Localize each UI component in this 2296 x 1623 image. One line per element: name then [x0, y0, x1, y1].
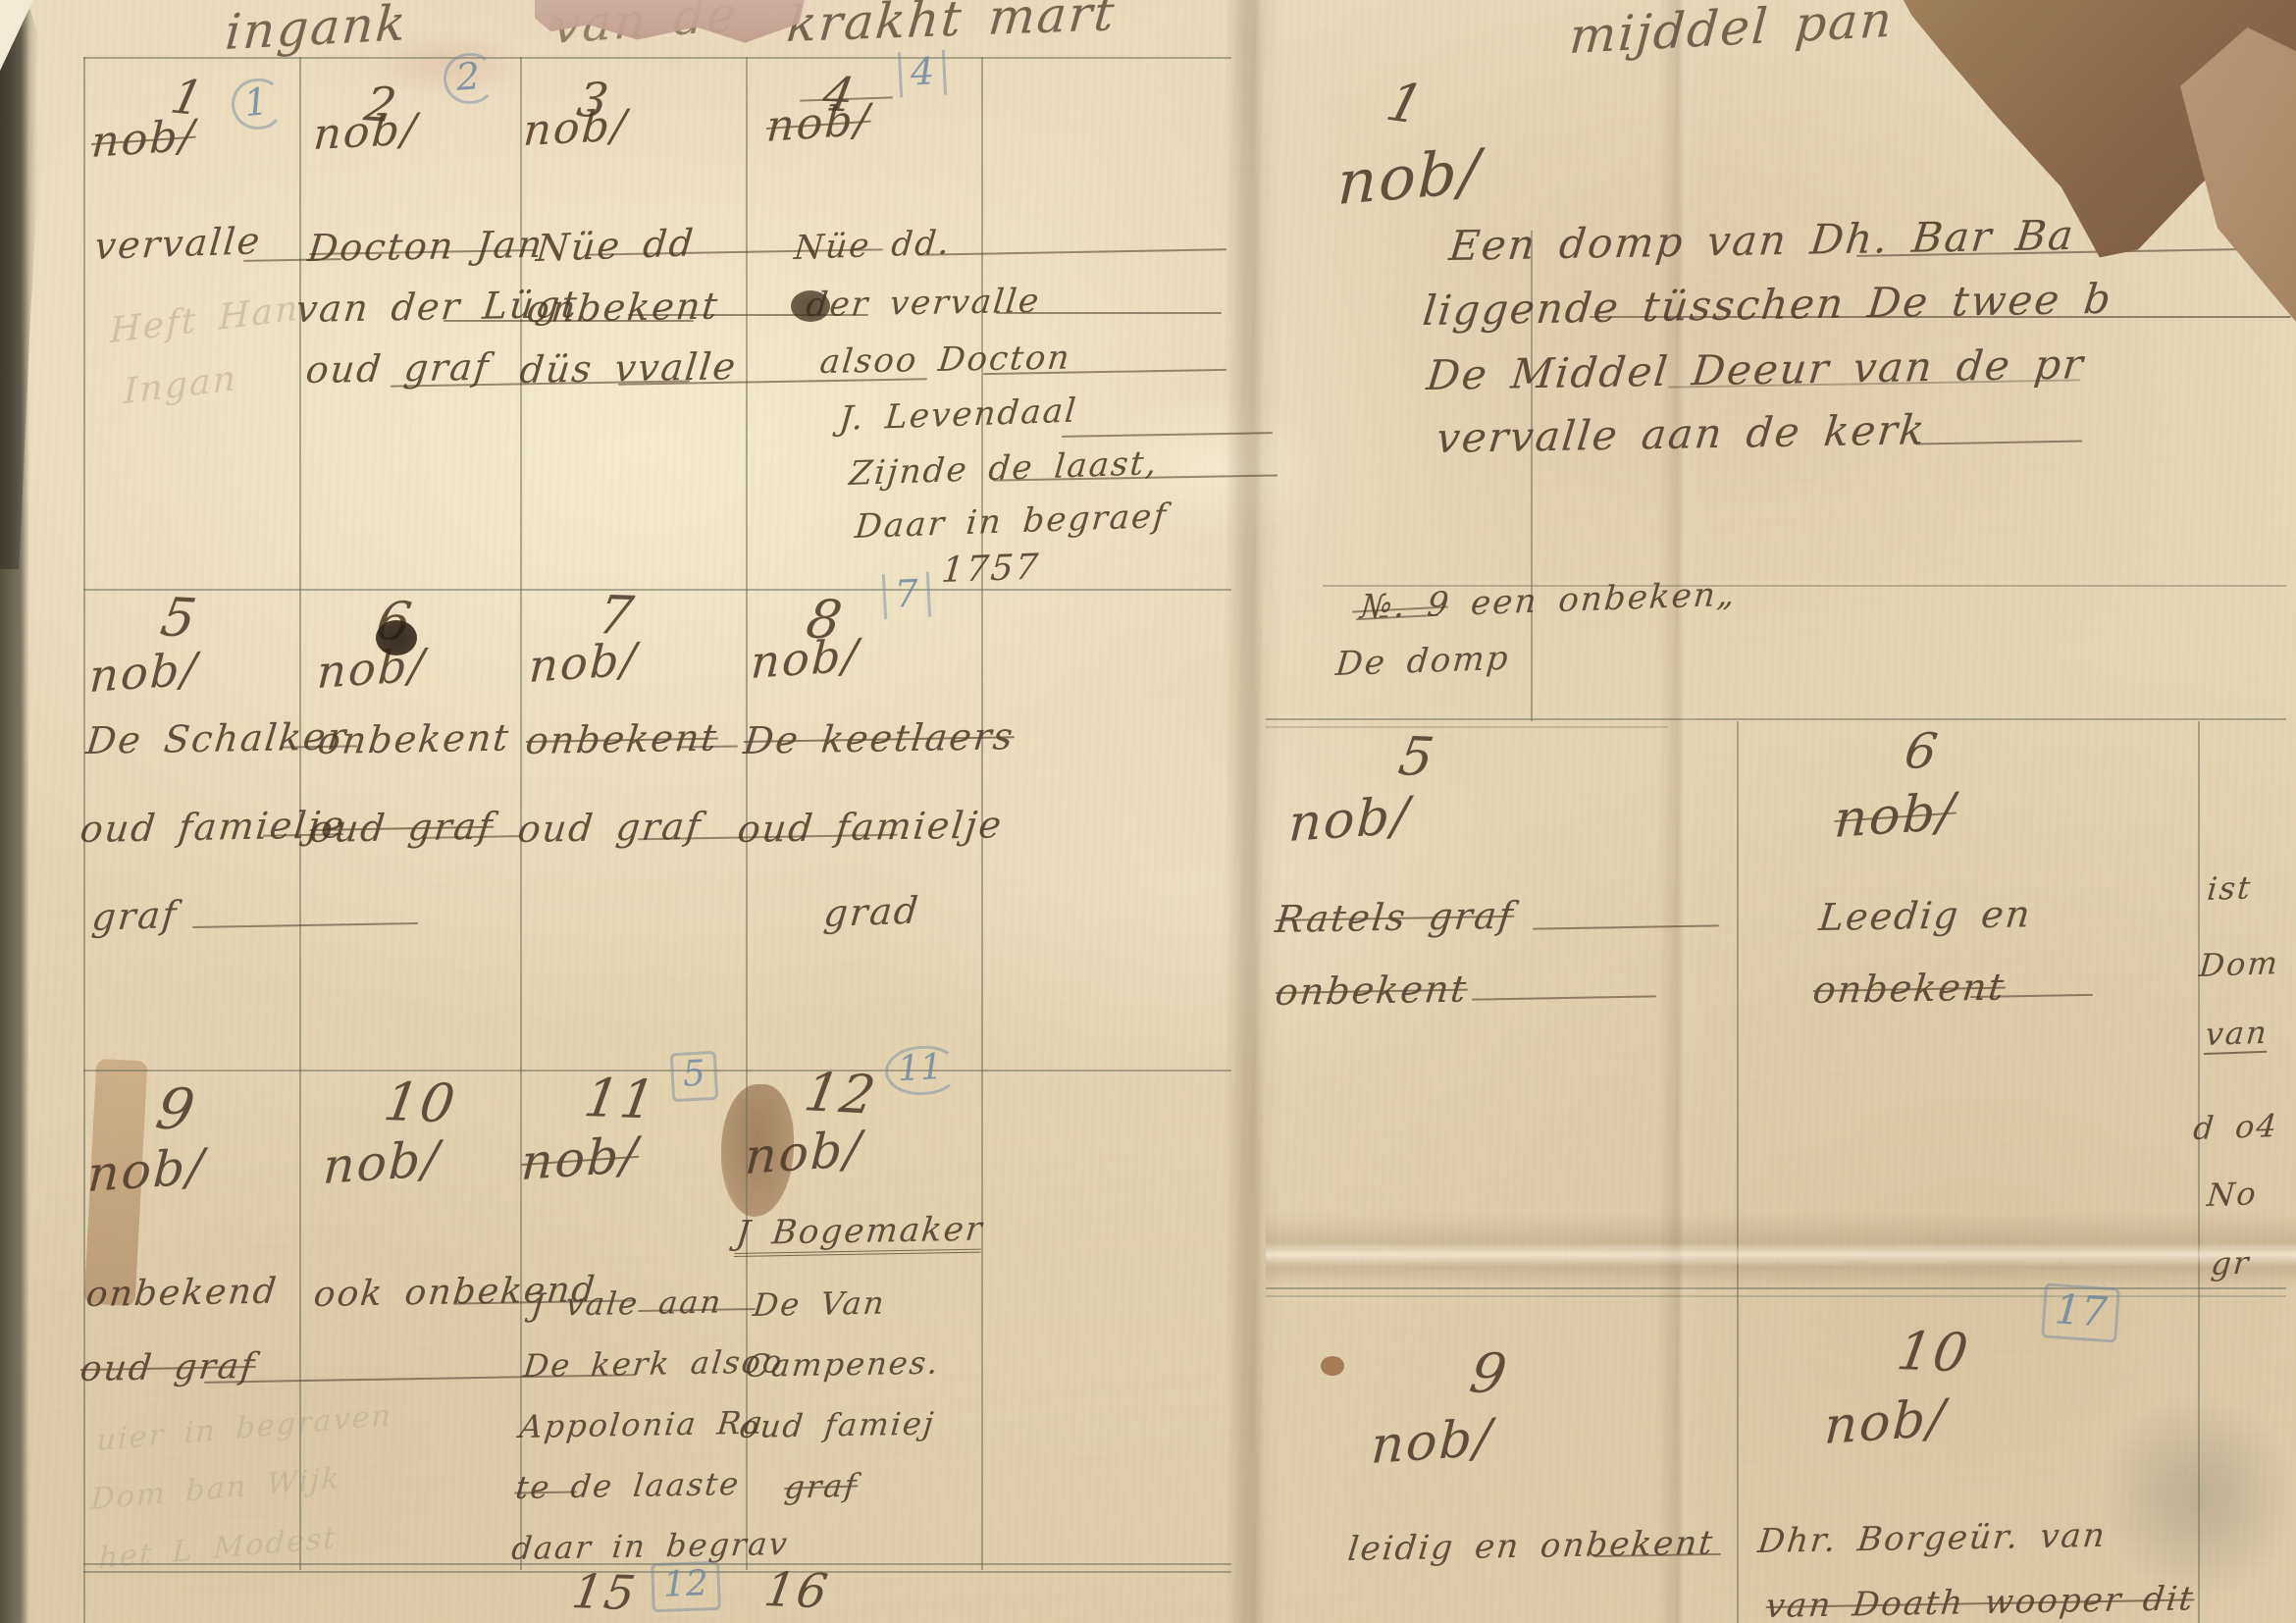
cell-text-line: Campenes. — [744, 1347, 941, 1382]
cell-text-line: onbekent — [1274, 970, 1470, 1011]
cell-nob: nob/ — [86, 1142, 207, 1199]
cell-number: 16 — [761, 1566, 832, 1615]
header-word: ingank — [224, 0, 409, 57]
cell-text-line: te de laaste — [514, 1468, 742, 1503]
cell-text-line: vervalle — [93, 222, 263, 265]
cell-text-line: leidig en onbekent — [1346, 1527, 1716, 1566]
grid-line — [1266, 726, 1668, 728]
cell-nob: nob/ — [322, 1134, 443, 1191]
ink-stroke — [996, 312, 1222, 314]
cell-number: 12 — [801, 1066, 881, 1123]
cell-text-line: Zijnde de laast, — [848, 446, 1160, 491]
cell-text-line: De Van — [752, 1287, 887, 1321]
cell-nob: nob/ — [88, 646, 199, 699]
cell-text-line: liggende tüsschen De twee b — [1421, 279, 2114, 332]
cell-text-line: der vervalle — [805, 285, 1042, 322]
cell-text-line: J. Levendaal — [838, 394, 1079, 436]
cell-name-annotation: J Bogemaker — [734, 1213, 985, 1257]
grid-line — [83, 589, 1231, 591]
cell-nob: nob/ — [1287, 791, 1412, 850]
grid-line — [1266, 1287, 2286, 1289]
cell-nob: nob/ — [528, 636, 639, 689]
cell-number: 15 — [569, 1568, 640, 1617]
cell-text-line: onbekent — [1811, 969, 2008, 1009]
cell-nob: nob — [2147, 133, 2241, 184]
cell-text-line: onbekent — [316, 719, 512, 759]
document-scan: ingank van de krakht mart mijddel pan 1 … — [0, 0, 2296, 1623]
cell-text-line: Ratels graf — [1274, 897, 1516, 938]
grid-line — [1737, 721, 1739, 1623]
cell-nob: nob/ — [90, 115, 197, 165]
ink-stroke — [444, 320, 694, 322]
cell-nob: nob/ — [1370, 1413, 1494, 1472]
cut-off-text-fragment: Dom — [2198, 947, 2280, 981]
ink-stroke — [628, 314, 868, 316]
cell-text-line: oud famielje — [78, 806, 347, 848]
cell-number: 10 — [381, 1075, 460, 1131]
cell-nob: nob/ — [520, 1130, 641, 1187]
cell-nob: nob/ — [750, 632, 861, 685]
blue-pencil-mark: 12 — [651, 1561, 721, 1612]
cut-off-text-fragment: gr — [2210, 1247, 2252, 1280]
blue-pencil-mark: 17 — [2041, 1283, 2120, 1342]
header-word: krakht mart — [785, 0, 1118, 49]
header-word: van de — [551, 0, 740, 51]
cell-number: 10 — [1894, 1325, 1973, 1381]
cell-text-line: van Doath wooper dit — [1764, 1582, 2196, 1623]
cell-text-line: oud graf — [304, 348, 492, 389]
cell-text-line: daar in begrav — [510, 1528, 790, 1564]
blue-pencil-mark: 4 — [898, 50, 948, 97]
cell-text-line: Een domp van Dh. Bar Ba — [1447, 215, 2077, 267]
cell-text-line: vervalle aan de kerk — [1435, 409, 1928, 459]
cell-nob: nob/ — [765, 99, 872, 149]
cell-nob: nob/ — [1336, 141, 1483, 214]
cell-nob: nob/ — [1823, 1393, 1948, 1452]
cell-text-line: Nüe dd — [535, 224, 697, 267]
margin-note-line: De domp — [1334, 642, 1511, 681]
cell-text-line: graf — [90, 896, 180, 936]
cell-nob: nob/ — [316, 642, 427, 695]
grid-line — [1266, 1295, 2286, 1297]
cell-text-line: 1757 — [940, 550, 1041, 589]
cell-nob: nob/ — [522, 105, 629, 153]
cut-off-text-fragment: ist — [2206, 871, 2253, 905]
blue-pencil-mark: 7 — [882, 572, 932, 619]
cell-number: 11 — [581, 1072, 660, 1127]
blue-pencil-mark: 5 — [670, 1051, 718, 1102]
cell-text-line: De keetlaers — [742, 717, 1017, 759]
cell-text-line: De Middel Deeur van de pr — [1425, 343, 2087, 396]
cell-text-line: oud famielje — [736, 806, 1005, 848]
cell-nob: nob/ — [744, 1125, 864, 1181]
cell-text-line: oud graf — [516, 808, 704, 848]
cell-nob: nob/ — [312, 109, 419, 157]
cell-text-line: grad — [822, 892, 921, 932]
cell-text-line: graf — [783, 1469, 860, 1503]
cell-text-line: onbekent — [524, 719, 720, 759]
cell-text-line: Nüe dd. — [793, 226, 952, 265]
cut-off-text-fragment: d o4 — [2192, 1110, 2279, 1144]
cut-off-text-fragment: No — [2206, 1178, 2259, 1211]
ink-stroke — [1590, 316, 2291, 318]
grid-line — [2198, 721, 2200, 1623]
grid-line — [1266, 718, 2286, 720]
cell-text-line: De Schalker — [84, 717, 349, 759]
cut-off-text-fragment: van — [2204, 1017, 2270, 1055]
cell-text-line: Daar in begraef — [854, 499, 1169, 544]
cell-nob: nob/ — [1833, 787, 1957, 846]
cell-text-line: onbekend — [84, 1275, 280, 1313]
cell-text-line: oud famiej — [738, 1408, 937, 1442]
cell-text-line: Appolonia Ra — [518, 1407, 766, 1442]
cell-text-line: oud graf — [308, 808, 496, 848]
cell-text-line: Docton Jan — [306, 226, 546, 267]
cell-text-line: Dhr. Borgeür. van — [1756, 1519, 2109, 1558]
cell-text-line: Leedig en — [1817, 895, 2033, 936]
cell-text-line: J vale aan — [530, 1286, 724, 1321]
